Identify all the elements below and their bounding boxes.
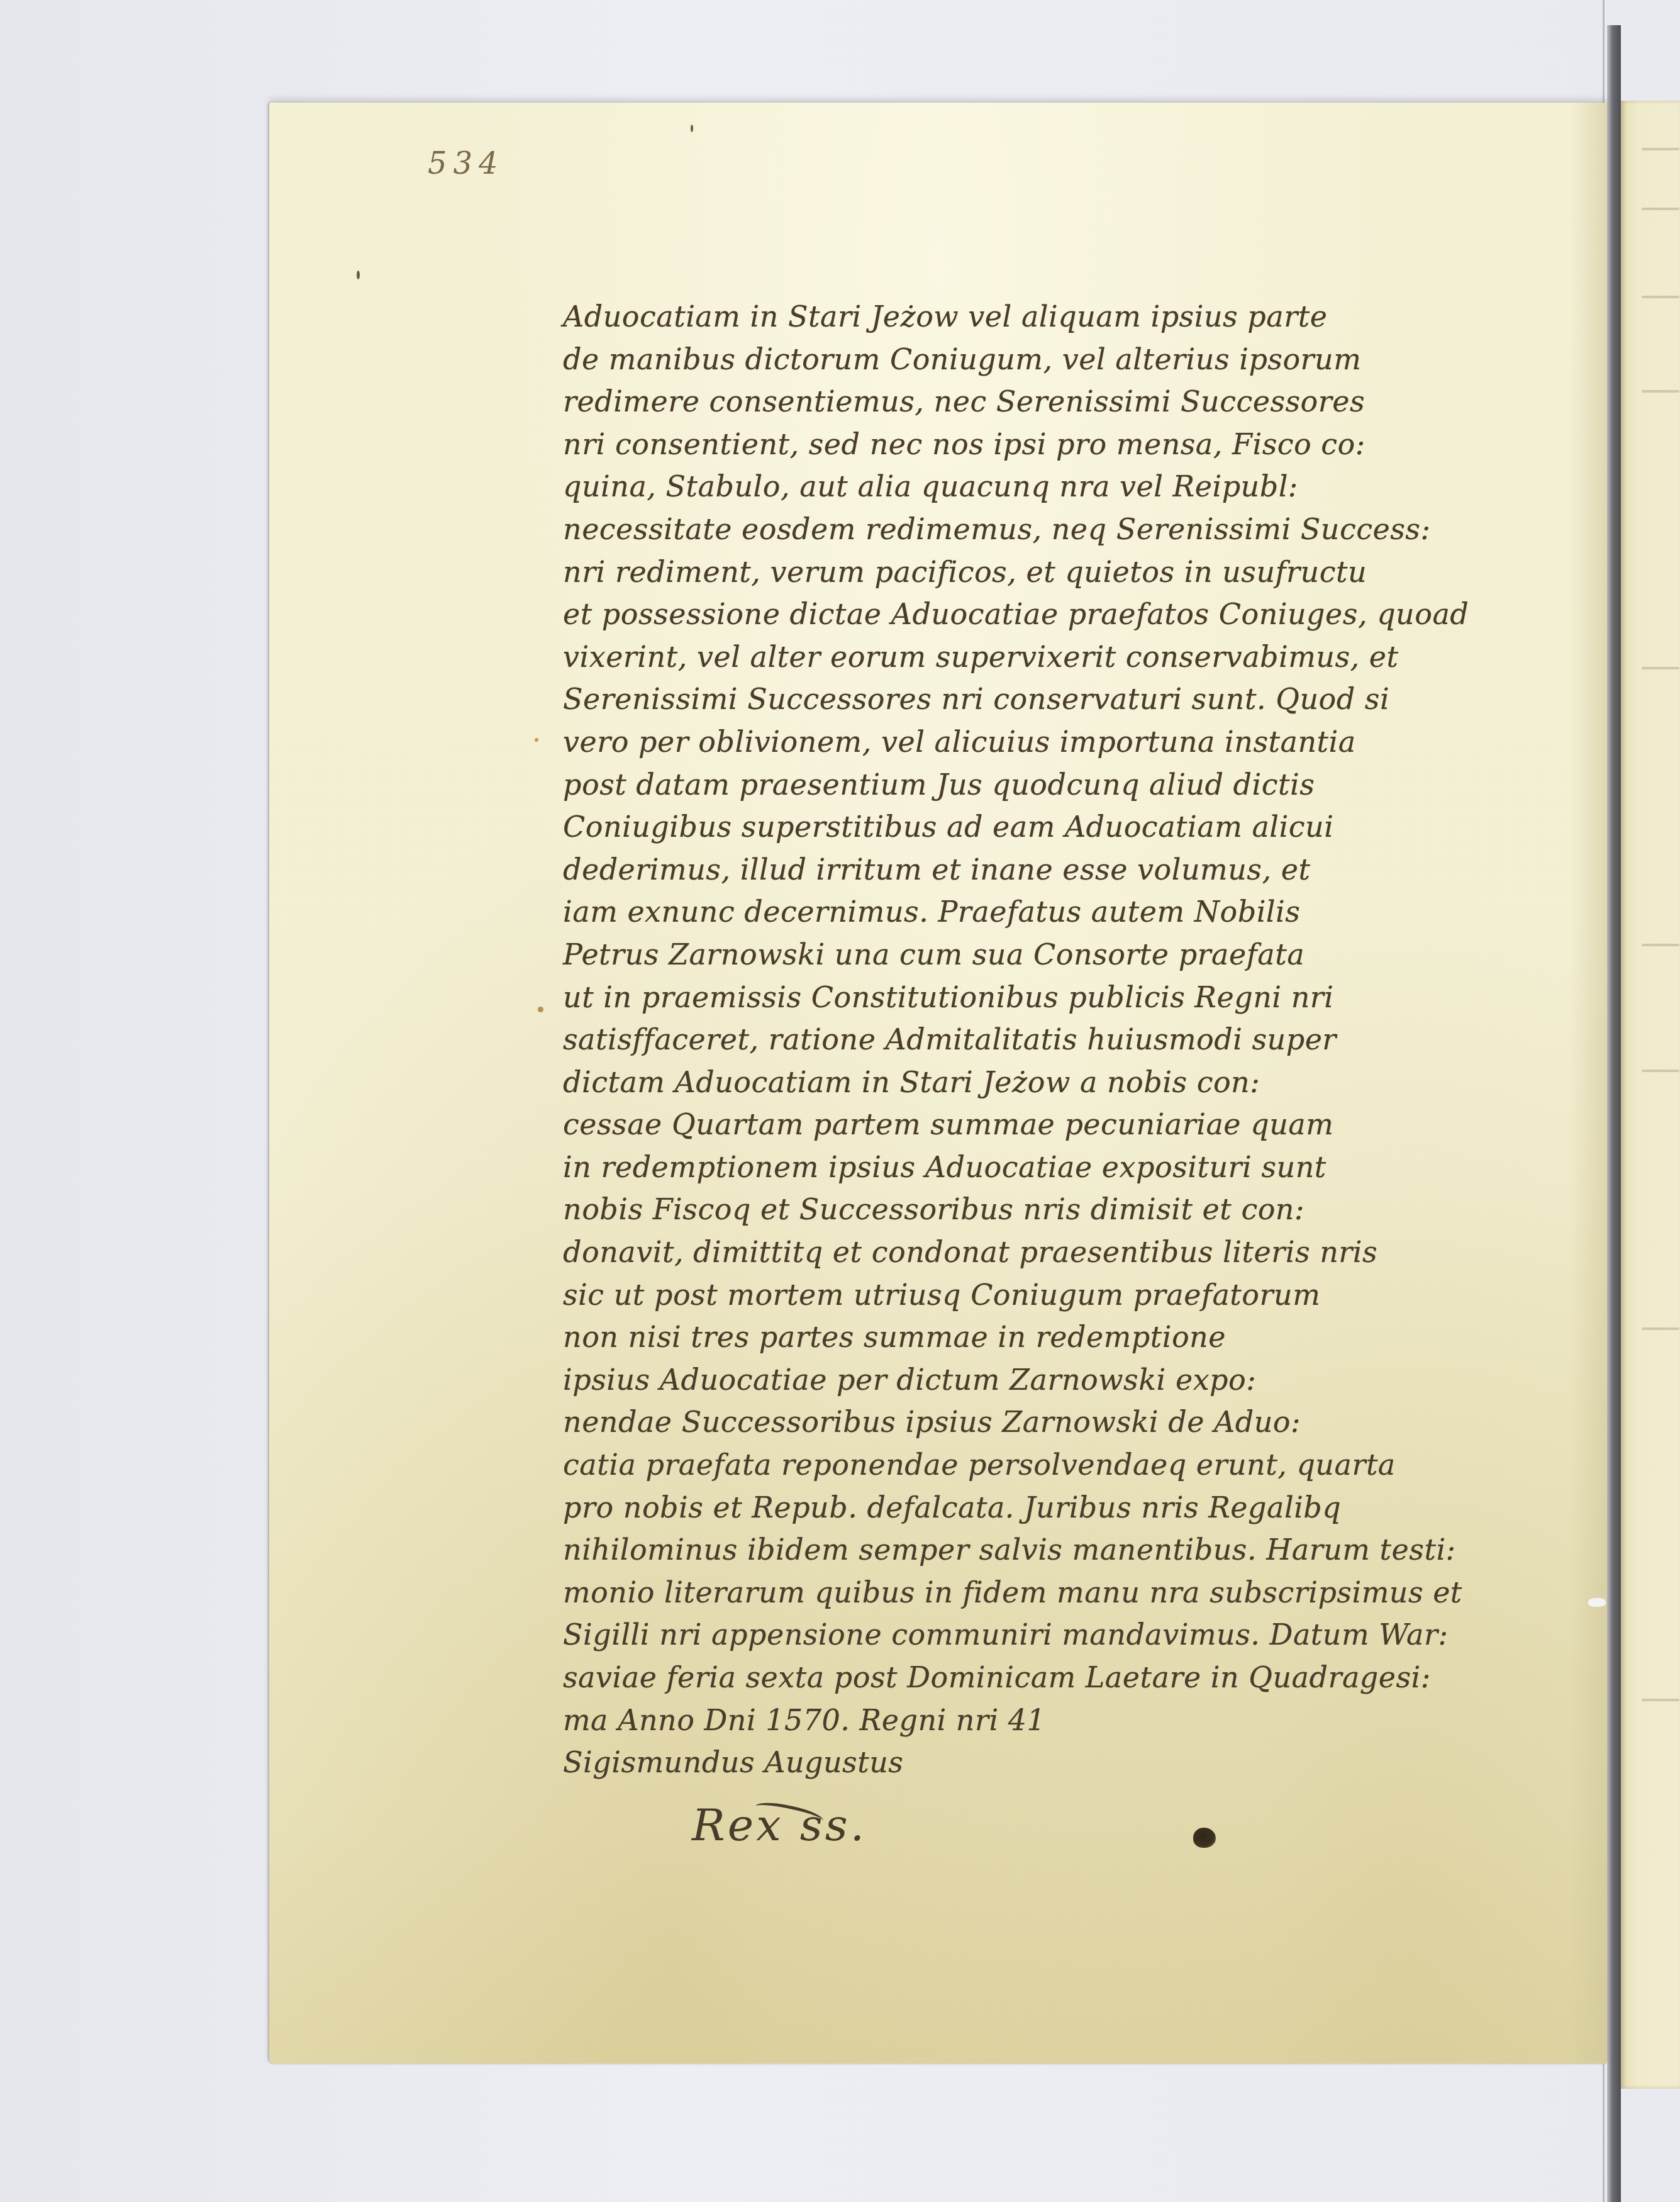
text-line: pro nobis et Repub. defalcata. Juribus n… [563,1487,1569,1529]
ink-blot [1193,1828,1216,1848]
text-line: dictam Aduocatiam in Stari Jeżow a nobis… [563,1061,1569,1104]
text-line: nri consentient, sed nec nos ipsi pro me… [563,423,1569,466]
text-line: in redemptionem ipsius Aduocatiae exposi… [563,1146,1569,1189]
adjacent-page-bleed [1642,390,1679,393]
text-line: Aduocatiam in Stari Jeżow vel aliquam ip… [563,296,1569,338]
adjacent-page-bleed [1642,296,1679,298]
text-line: donavit, dimittitq et condonat praesenti… [563,1231,1569,1274]
text-line: Petrus Zarnowski una cum sua Consorte pr… [563,934,1569,976]
text-line: necessitate eosdem redimemus, neq Sereni… [563,508,1569,551]
text-line: redimere consentiemus, nec Serenissimi S… [563,381,1569,423]
page-edge-shading [1569,103,1607,2064]
text-line: nobis Fiscoq et Successoribus nris dimis… [563,1188,1569,1231]
adjacent-page-bleed [1642,944,1679,946]
text-line: de manibus dictorum Coniugum, vel alteri… [563,338,1569,381]
text-line: satisffaceret, ratione Admitalitatis hui… [563,1019,1569,1061]
adjacent-page-bleed [1642,148,1679,150]
adjacent-page-bleed [1642,208,1679,210]
text-line: quina, Stabulo, aut alia quacunq nra vel… [563,466,1569,508]
adjacent-page-edge [1621,101,1680,2089]
manuscript-text-block: Aduocatiam in Stari Jeżow vel aliquam ip… [563,296,1569,1784]
text-line: ma Anno Dni 1570. Regni nri 41 [563,1699,1569,1742]
text-line: nri rediment, verum pacificos, et quieto… [563,551,1569,594]
ink-speck [691,125,693,132]
folio-number: 534 [428,146,504,181]
paper-tear [1588,1598,1606,1607]
text-line: catia praefata reponendae persolvendaeq … [563,1444,1569,1487]
foxing-spot [535,738,538,742]
text-line: vixerint, vel alter eorum supervixerit c… [563,636,1569,679]
text-line: Sigilli nri appensione communiri mandavi… [563,1614,1569,1657]
text-line: iam exnunc decernimus. Praefatus autem N… [563,891,1569,934]
foxing-spot [538,1007,543,1012]
adjacent-page-bleed [1642,1699,1679,1701]
text-line: Coniugibus superstitibus ad eam Aduocati… [563,806,1569,849]
text-line: et possessione dictae Aduocatiae praefat… [563,593,1569,636]
text-line: post datam praesentium Jus quodcunq aliu… [563,764,1569,807]
text-line: nihilominus ibidem semper salvis manenti… [563,1529,1569,1572]
text-line: monio literarum quibus in fidem manu nra… [563,1572,1569,1614]
adjacent-page-bleed [1642,1070,1679,1072]
text-line: non nisi tres partes summae in redemptio… [563,1316,1569,1359]
text-line: saviae feria sexta post Dominicam Laetar… [563,1657,1569,1699]
text-line: ut in praemissis Constitutionibus public… [563,976,1569,1019]
rex-monogram: Rex ss. [692,1799,867,1851]
text-line: vero per oblivionem, vel alicuius import… [563,721,1569,764]
royal-signature: Sigismundus Augustus [563,1741,1569,1784]
text-line: ipsius Aduocatiae per dictum Zarnowski e… [563,1359,1569,1402]
text-line: cessae Quartam partem summae pecuniariae… [563,1104,1569,1146]
text-line: Serenissimi Successores nri conservaturi… [563,678,1569,721]
adjacent-page-bleed [1642,667,1679,669]
adjacent-page-bleed [1642,1327,1679,1330]
text-line: dederimus, illud irritum et inane esse v… [563,849,1569,891]
book-gutter [1607,25,1621,2202]
text-line: nendae Successoribus ipsius Zarnowski de… [563,1401,1569,1444]
ink-speck [357,271,360,279]
text-line: sic ut post mortem utriusq Coniugum prae… [563,1274,1569,1317]
